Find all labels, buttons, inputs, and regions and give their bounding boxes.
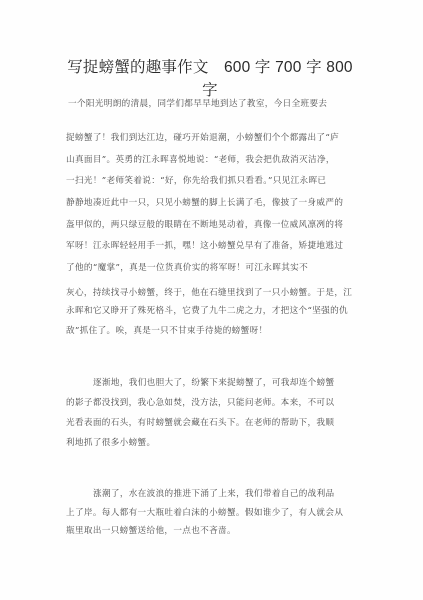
title-text: 写捉螃蟹的趣事作文 [67, 58, 208, 76]
text-line: 上了岸。每人都有一大瓶吐着白沫的小螃蟹。假如谁少了，有人就会从 [66, 507, 358, 519]
text-line: 光看表面的石头，有时螃蟹就会藏在石头下。在老师的帮助下，我顺 [66, 417, 358, 429]
document-title: 写捉螃蟹的趣事作文 600 字 700 字 800 字 [60, 56, 360, 101]
text-line: 一个阳光明朗的清晨，同学们都早早地到达了教室，今日全班要去 [68, 98, 360, 110]
text-line: 的影子都没找到，我心急如焚，没方法，只能问老师。本来，不可以 [66, 397, 358, 409]
text-line: 军呀！江永晖轻轻用手一抓，嘿！这小螃蟹兑早有了准备，矫捷地逃过 [66, 240, 358, 252]
text-line: 涨潮了，水在波浪的推进下涌了上来，我们带着自己的战利品 [93, 488, 359, 500]
title-word-counts: 600 字 700 字 800 [224, 59, 353, 76]
text-line: 敌”抓住了。唉，真是一只不甘束手待毙的螃蟹呀！ [66, 325, 358, 337]
document-page: 写捉螃蟹的趣事作文 600 字 700 字 800 字 一个阳光明朗的清晨，同学… [0, 0, 423, 600]
text-line: 山真面目”。英勇的江永晖喜悦地说：“老师，我会把仇敌消灭洁净， [66, 154, 358, 166]
text-line: 瓶里取出一只螃蟹送给他，一点也不吝啬。 [66, 525, 358, 537]
text-line: 静静地凑近此中一只，只见小螃蟹的脚上长满了毛，像披了一身威严的 [66, 197, 358, 209]
text-line: 逐渐地，我们也胆大了，纷繁下来捉螃蟹了，可我却连个螃蟹 [93, 377, 359, 389]
text-line: 一扫光！”老师笑着说：“好，你先给我们抓只看看。”只见江永晖已 [66, 175, 358, 187]
text-line: 盔甲似的，两只绿豆般的眼睛在不断地晃动着，真像一位威风凛冽的将 [66, 219, 358, 231]
text-line: 灰心，持续找寻小螃蟹，终于，他在石缝里找到了一只小螃蟹。于是，江 [66, 287, 358, 299]
text-line: 永晖和它又睁开了殊死格斗，它费了九牛二虎之力，才把这个“坚强的仇 [66, 305, 358, 317]
text-line: 利地抓了很多小螃蟹。 [66, 437, 358, 449]
title-line-1: 写捉螃蟹的趣事作文 600 字 700 字 800 [60, 56, 360, 79]
text-line: 了他的“魔掌”，真是一位货真价实的将军呀！可江永晖其实不 [66, 262, 358, 274]
text-line: 捉螃蟹了！我们到达江边，碰巧开始退潮，小螃蟹们个个都露出了“庐 [66, 132, 358, 144]
